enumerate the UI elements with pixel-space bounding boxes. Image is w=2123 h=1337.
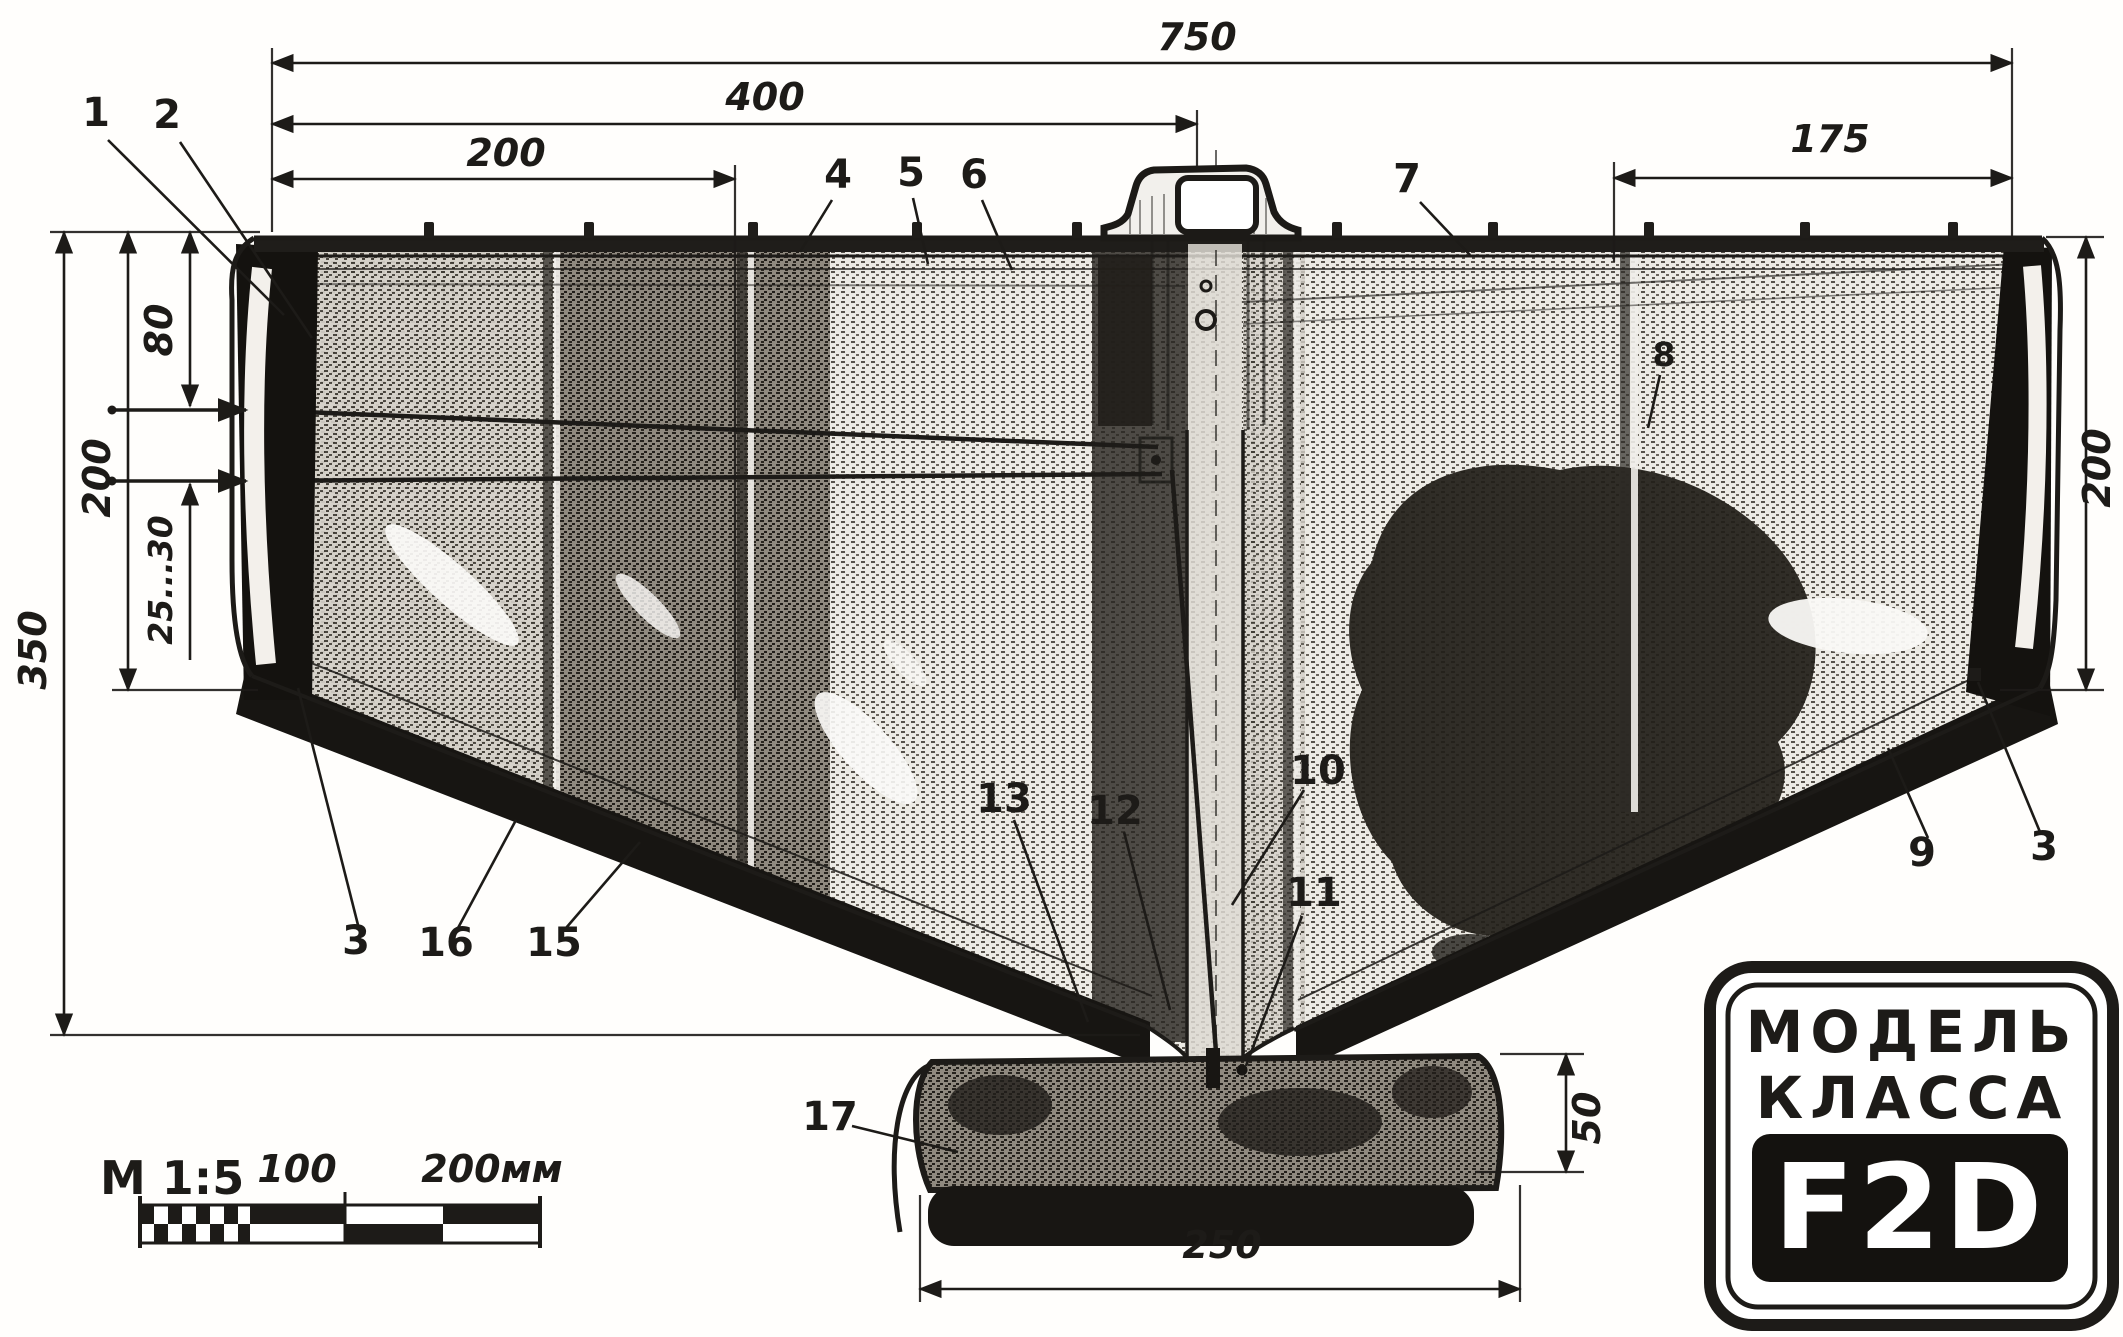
wing-plan-drawing: 750 400 200 175 350 200 80 25...30 200 <box>0 0 2123 1337</box>
dim-250-label: 250 <box>1182 1223 1261 1267</box>
elevator-shade <box>1392 1066 1472 1118</box>
logo-word-2: КЛАССА <box>1756 1064 2069 1132</box>
callout-17: 17 <box>802 1094 858 1140</box>
dim-2530-label: 25...30 <box>141 515 180 644</box>
callout-3-right: 3 <box>2030 824 2058 870</box>
logo-class-text: F2D <box>1774 1138 2047 1276</box>
dim-80-label: 80 <box>137 304 181 357</box>
scale-end-label: 200мм <box>421 1147 562 1191</box>
elevator-shade <box>1218 1088 1382 1156</box>
logo-word-1: МОДЕЛЬ <box>1746 998 2079 1066</box>
callout-2: 2 <box>153 92 181 138</box>
logo-f2d: МОДЕЛЬ КЛАССА F2D <box>1710 967 2113 1325</box>
elevator <box>894 1048 1501 1246</box>
dim-350-label: 350 <box>11 610 55 689</box>
left-tip-rib <box>254 268 266 664</box>
dim-400-label: 400 <box>724 75 804 119</box>
dim-750-label: 750 <box>1157 15 1236 59</box>
callout-10: 10 <box>1290 748 1346 794</box>
elevator-shade <box>948 1075 1052 1135</box>
callout-6: 6 <box>960 152 988 198</box>
callout-7: 7 <box>1393 156 1421 202</box>
engine-mount-shadow <box>1098 256 1152 426</box>
callout-11: 11 <box>1286 870 1342 916</box>
callout-5: 5 <box>897 150 925 196</box>
callout-12: 12 <box>1087 788 1143 834</box>
control-horn <box>1206 1048 1220 1088</box>
callout-3-left: 3 <box>342 918 370 964</box>
dim-200right-label: 200 <box>2075 428 2119 507</box>
callout-13: 13 <box>976 776 1032 822</box>
scale-label: М 1:5 <box>100 1151 244 1205</box>
dim-175-label: 175 <box>1790 117 1869 161</box>
callout-16: 16 <box>418 920 474 966</box>
callout-9: 9 <box>1908 830 1936 876</box>
callout-8: 8 <box>1653 335 1676 374</box>
scale-bar: М 1:5 100 200мм <box>100 1147 563 1248</box>
horn-bolt <box>1237 1065 1248 1076</box>
leader-target-square <box>1968 668 1981 681</box>
callout-4: 4 <box>824 152 852 198</box>
callout-15: 15 <box>526 920 582 966</box>
dim-200left-label: 200 <box>75 438 119 517</box>
callout-1: 1 <box>82 90 110 136</box>
dim-200top-label: 200 <box>466 131 545 175</box>
dim-50-label: 50 <box>1565 1092 1609 1145</box>
drawing-sheet: 750 400 200 175 350 200 80 25...30 200 <box>0 0 2123 1337</box>
scale-mid-label: 100 <box>257 1147 336 1191</box>
engine-cylinder <box>1178 178 1256 232</box>
